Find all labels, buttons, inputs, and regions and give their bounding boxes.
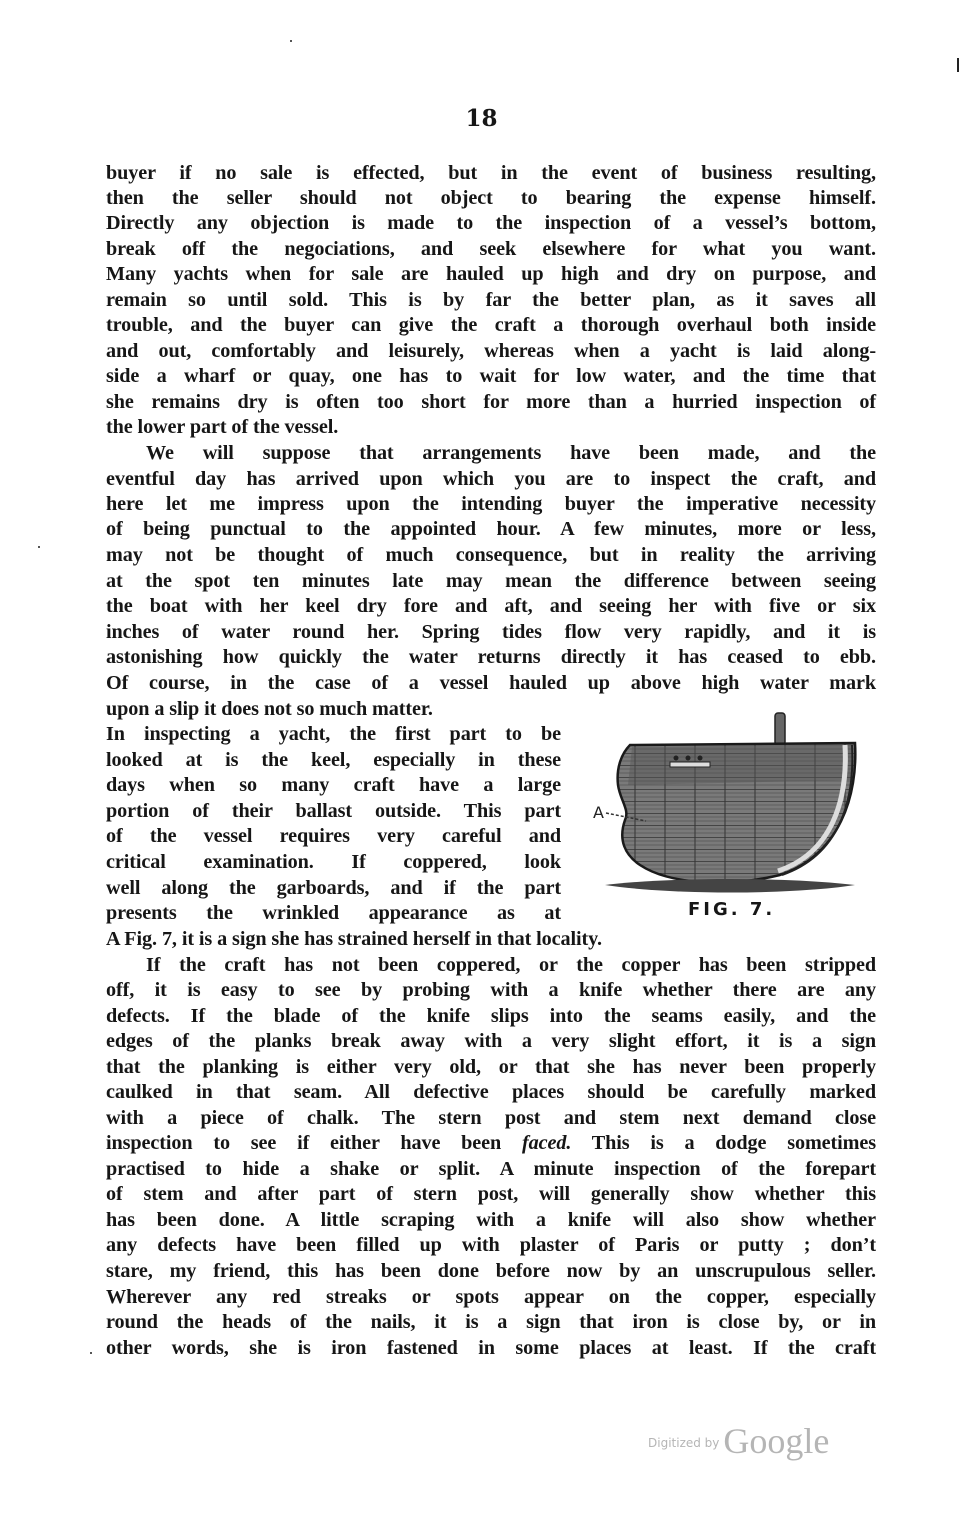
text-line: has been done. A little scraping with a … <box>106 1207 876 1233</box>
text-span: inspection to see if either have been <box>106 1132 522 1154</box>
text-line: stare, my friend, this has been done bef… <box>106 1258 876 1284</box>
text-span: This is a dodge sometimes <box>571 1132 876 1154</box>
text-line: of stem and after part of stern post, wi… <box>106 1181 876 1207</box>
text-line: and out, comfortably and leisurely, wher… <box>106 338 876 364</box>
text-line: the boat with her keel dry fore and aft,… <box>106 593 876 619</box>
text-line: Directly any objection is made to the in… <box>106 210 876 236</box>
scan-edge-mark <box>957 58 959 72</box>
text-line: astonishing how quickly the water return… <box>106 644 876 670</box>
text-line: looked at is the keel, especially in the… <box>106 747 561 773</box>
text-line: upon a slip it does not so much matter. <box>106 696 561 722</box>
text-line: break off the negociations, and seek els… <box>106 236 876 262</box>
text-line: practised to hide a shake or split. A mi… <box>106 1156 876 1182</box>
boat-hull-illustration: A <box>590 705 870 925</box>
text-line: any defects have been filled up with pla… <box>106 1232 876 1258</box>
text-line: here let me impress upon the intending b… <box>106 491 876 517</box>
page-number: 18 <box>0 105 963 132</box>
text-line: A Fig. 7, it is a sign she has strained … <box>106 926 876 952</box>
text-line: If the craft has not been coppered, or t… <box>106 952 876 978</box>
text-line: In inspecting a yacht, the first part to… <box>106 721 561 747</box>
text-line: caulked in that seam. All defective plac… <box>106 1079 876 1105</box>
text-line: We will suppose that arrangements have b… <box>106 440 876 466</box>
text-line: Wherever any red streaks or spots appear… <box>106 1284 876 1310</box>
text-line: portion of their ballast outside. This p… <box>106 798 561 824</box>
text-line: Many yachts when for sale are hauled up … <box>106 261 876 287</box>
text-line: presents the wrinkled appearance as at <box>106 900 561 926</box>
text-line: trouble, and the buyer can give the craf… <box>106 312 876 338</box>
figure-caption: FIG. 7. <box>688 899 775 920</box>
text-line: may not be thought of much consequence, … <box>106 542 876 568</box>
scan-speck <box>90 1352 92 1354</box>
text-line: then the seller should not object to bea… <box>106 185 876 211</box>
text-line: round the heads of the nails, it is a si… <box>106 1309 876 1335</box>
text-line: at the spot ten minutes late may mean th… <box>106 568 876 594</box>
text-line: side a wharf or quay, one has to wait fo… <box>106 363 876 389</box>
scan-speck <box>38 546 40 548</box>
text-line: other words, she is iron fastened in som… <box>106 1335 876 1361</box>
text-line: defects. If the blade of the knife slips… <box>106 1003 876 1029</box>
digitized-by-google-watermark: Digitized byGoogle <box>648 1420 829 1462</box>
watermark-prefix: Digitized by <box>648 1436 719 1450</box>
text-line: with a piece of chalk. The stern post an… <box>106 1105 876 1131</box>
text-line: edges of the planks break away with a ve… <box>106 1028 876 1054</box>
svg-text:A: A <box>593 803 604 822</box>
scan-speck <box>290 40 292 42</box>
text-line: days when so many craft have a large <box>106 772 561 798</box>
text-line: Of course, in the case of a vessel haule… <box>106 670 876 696</box>
text-line: buyer if no sale is effected, but in the… <box>106 160 876 186</box>
text-line: well along the garboards, and if the par… <box>106 875 561 901</box>
text-line: inspection to see if either have been fa… <box>106 1130 876 1156</box>
text-line: she remains dry is often too short for m… <box>106 389 876 415</box>
text-line: the lower part of the vessel. <box>106 414 876 440</box>
text-line: eventful day has arrived upon which you … <box>106 466 876 492</box>
text-line: that the planking is either very old, or… <box>106 1054 876 1080</box>
text-line: inches of water round her. Spring tides … <box>106 619 876 645</box>
text-line: of the vessel requires very careful and <box>106 823 561 849</box>
text-line: remain so until sold. This is by far the… <box>106 287 876 313</box>
boat-hull-icon: A <box>590 705 870 925</box>
italic-word: faced. <box>522 1132 571 1154</box>
text-line: critical examination. If coppered, look <box>106 849 561 875</box>
text-line: off, it is easy to see by probing with a… <box>106 977 876 1003</box>
text-line: of being punctual to the appointed hour.… <box>106 516 876 542</box>
google-logo: Google <box>723 1421 829 1461</box>
